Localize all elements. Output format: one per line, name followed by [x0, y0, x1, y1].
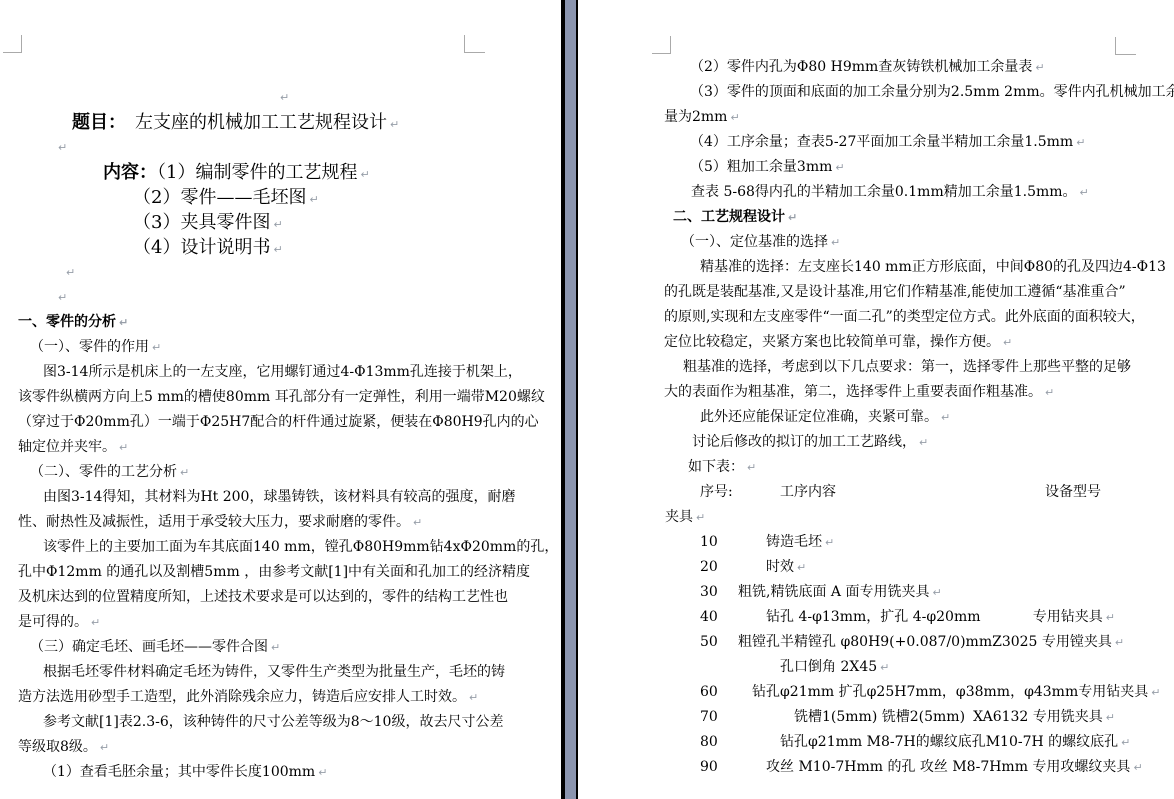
paragraph-mark-icon: ↵: [696, 511, 705, 524]
process-seq: 40: [700, 605, 738, 630]
process-seq: 80: [700, 730, 738, 755]
line-text: （4）工序余量；查表5-27平面加工余量半精加工余量1.5mm: [690, 134, 1073, 150]
text-boundary-mark-top-right: [1115, 37, 1136, 55]
process-content: 铸造毛坯↵: [738, 530, 1115, 555]
process-equipment: XA6132 专用铣夹具↵: [973, 705, 1115, 730]
process-equipment: 专用钻夹具↵: [1078, 680, 1160, 705]
paragraph-mark-icon: ↵: [880, 661, 889, 674]
process-content: 工序内容: [738, 480, 1045, 505]
text-line[interactable]: （5）粗加工余量3mm↵: [664, 155, 1115, 180]
paragraph-mark-icon: ↵: [1003, 336, 1012, 349]
paragraph-mark-icon: ↵: [1133, 761, 1142, 774]
process-table-row[interactable]: 10 铸造毛坯↵: [700, 530, 1115, 555]
line-text: 性、耐热性及减振性，适用于承受较大压力，要求耐磨的零件。: [18, 514, 410, 530]
line-text: 一、零件的分析: [18, 314, 116, 330]
line-text: （穿过于Φ20mm孔）一端于Φ25H7配合的杆件通过旋紧，便装在Φ80H9孔内的…: [18, 414, 539, 430]
paragraph-mark-icon: ↵: [1045, 386, 1054, 399]
text-line[interactable]: （1）查看毛胚余量；其中零件长度100mm↵: [18, 760, 465, 785]
paragraph-mark-icon: ↵: [152, 341, 161, 354]
line-text: 的原则,实现和左支座零件“一面二孔”的类型定位方式。此外底面的面积较大，: [664, 309, 1145, 325]
process-seq: 90: [700, 755, 738, 780]
line-text: （三）确定毛坯、画毛坯——零件合图: [30, 639, 268, 655]
line-text: 孔中Φ12mm 的通孔以及割槽5mm ，由参考文献[1]中有关面和孔加工的经济精…: [18, 564, 530, 580]
line-text: 该零件上的主要加工面为车其底面140 mm，镗孔Φ80H9mm钻4xΦ20mm的…: [43, 539, 558, 555]
process-table-row[interactable]: 30粗铣,精铣底面 A 面专用铣夹具↵: [700, 580, 1115, 605]
paragraph-mark-icon: ↵: [309, 193, 318, 206]
line-text: 轴定位并夹牢。: [18, 439, 116, 455]
text-line[interactable]: （一）、零件的作用↵: [18, 335, 465, 360]
text-line[interactable]: 精基准的选择：左支座长140 mm正方形底面，中间Φ80的孔及四边4-Φ13: [664, 255, 1115, 280]
text-line[interactable]: 的孔既是装配基准,又是设计基准,用它们作精基准,能使加工遵循“基准重合”: [664, 280, 1115, 305]
text-line[interactable]: （3）零件的顶面和底面的加工余量分别为2.5mm 2mm。零件内孔机械加工余: [664, 80, 1115, 105]
text-line[interactable]: 大的表面作为粗基准，第二，选择零件上重要表面作粗基准。↵: [664, 380, 1115, 405]
text-line[interactable]: （一）、定位基准的选择↵: [664, 230, 1115, 255]
process-seq: 20: [700, 555, 738, 580]
line-text: 左支座的机械加工工艺规程设计: [117, 112, 387, 133]
process-table-row[interactable]: 60 钻孔φ21mm 扩孔φ25H7mm，φ38mm，φ43mm专用钻夹具↵: [700, 680, 1115, 705]
line-text: 造方法选用砂型手工造型，此外消除残余应力，铸造后应安排人工时效。: [18, 689, 466, 705]
line-text: 精基准的选择：左支座长140 mm正方形底面，中间Φ80的孔及四边4-Φ13: [700, 259, 1166, 275]
process-content: 粗镗孔半精镗孔 φ80H9(+0.087/0)mm: [738, 630, 992, 655]
text-line[interactable]: 轴定位并夹牢。↵: [18, 435, 465, 460]
paragraph-mark-icon: ↵: [825, 536, 834, 549]
line-text: 的孔既是装配基准,又是设计基准,用它们作精基准,能使加工遵循“基准重合”: [664, 284, 1126, 300]
text-boundary-mark-top-left: [3, 35, 22, 53]
paragraph-mark-icon: ↵: [919, 436, 928, 449]
page-right-text: （2）零件内孔为Φ80 H9mm查灰铸铁机械加工余量表↵（3）零件的顶面和底面的…: [664, 55, 1115, 780]
text-line[interactable]: 造方法选用砂型手工造型，此外消除残余应力，铸造后应安排人工时效。↵: [18, 685, 465, 710]
text-line[interactable]: 是可得的。↵: [18, 610, 465, 635]
text-line[interactable]: 由图3-14得知，其材料为Ht 200，球墨铸铁，该材料具有较高的强度，耐磨: [18, 485, 465, 510]
line-text: （2）零件——毛坯图: [133, 187, 306, 208]
page-left-text: ↵题目： 左支座的机械加工工艺规程设计↵↵内容：（1）编制零件的工艺规程↵（2）…: [18, 85, 465, 785]
process-seq: 70: [700, 705, 738, 730]
process-content: 攻丝 M10-7Hmm 的孔 攻丝 M8-7Hmm 专用攻螺纹夹具↵: [738, 755, 1143, 780]
empty-paragraph[interactable]: ↵: [18, 135, 465, 160]
text-boundary-mark-top-right: [464, 35, 485, 53]
line-text: （一）、定位基准的选择: [681, 234, 828, 250]
line-text: （4）设计说明书: [133, 237, 270, 258]
line-text: （1）编制零件的工艺规程: [157, 162, 357, 183]
paragraph-mark-icon: ↵: [1106, 711, 1115, 724]
paragraph-mark-icon: ↵: [119, 316, 128, 329]
process-content: 钻孔φ21mm M8-7H的螺纹底孔: [738, 730, 986, 755]
process-content: 钻孔φ21mm 扩孔φ25H7mm，φ38mm，φ43mm: [738, 680, 1078, 705]
text-line[interactable]: 性、耐热性及减振性，适用于承受较大压力，要求耐磨的零件。↵: [18, 510, 465, 535]
process-seq: 10: [700, 530, 738, 555]
paragraph-mark-icon: ↵: [831, 236, 840, 249]
text-line[interactable]: （4）设计说明书↵: [18, 235, 465, 260]
empty-paragraph[interactable]: ↵: [18, 260, 465, 285]
text-line[interactable]: （二）、零件的工艺分析↵: [18, 460, 465, 485]
bold-label: 题目：: [72, 112, 117, 133]
paragraph-mark-icon: ↵: [280, 91, 289, 104]
line-text: 量为2mm: [664, 109, 727, 125]
paragraph-mark-icon: ↵: [788, 211, 797, 224]
process-equipment: 设备型号: [1045, 480, 1115, 505]
process-table-row[interactable]: 80 钻孔φ21mm M8-7H的螺纹底孔M10-7H 的螺纹底孔↵: [700, 730, 1115, 755]
line-text: 该零件纵横两方向上5 mm的槽使80mm 耳孔部分有一定弹性，利用一端带M20螺…: [18, 389, 545, 405]
empty-paragraph[interactable]: ↵: [18, 285, 465, 310]
text-line[interactable]: 孔中Φ12mm 的通孔以及割槽5mm ，由参考文献[1]中有关面和孔加工的经济精…: [18, 560, 465, 585]
paragraph-mark-icon: ↵: [390, 118, 399, 131]
paragraph-mark-icon: ↵: [91, 616, 100, 629]
paragraph-mark-icon: ↵: [360, 168, 369, 181]
text-line[interactable]: 定位比较稳定，夹紧方案也比较简单可靠，操作方便。↵: [664, 330, 1115, 355]
line-text: （2）零件内孔为Φ80 H9mm查灰铸铁机械加工余量表: [690, 59, 1032, 75]
text-line[interactable]: 图3-14所示是机床上的一左支座，它用螺钉通过4-Φ13mm孔连接于机架上，: [18, 360, 465, 385]
paragraph-mark-icon: ↵: [1080, 186, 1089, 199]
paragraph-mark-icon: ↵: [100, 741, 109, 754]
process-table-row[interactable]: 70 铣槽1(5mm) 铣槽2(5mm)XA6132 专用铣夹具↵: [700, 705, 1115, 730]
paragraph-mark-icon: ↵: [1076, 136, 1085, 149]
text-line[interactable]: 该零件纵横两方向上5 mm的槽使80mm 耳孔部分有一定弹性，利用一端带M20螺…: [18, 385, 465, 410]
paragraph-mark-icon: ↵: [835, 161, 844, 174]
paragraph-mark-icon: ↵: [932, 586, 941, 599]
line-text: 大的表面作为粗基准，第二，选择零件上重要表面作粗基准。: [664, 384, 1042, 400]
document-page-right[interactable]: （2）零件内孔为Φ80 H9mm查灰铸铁机械加工余量表↵（3）零件的顶面和底面的…: [578, 0, 1174, 799]
line-text: 如下表：: [688, 459, 744, 475]
document-page-left[interactable]: ↵题目： 左支座的机械加工工艺规程设计↵↵内容：（1）编制零件的工艺规程↵（2）…: [0, 0, 561, 799]
paragraph-mark-icon: ↵: [58, 141, 67, 154]
line-text: （3）零件的顶面和底面的加工余量分别为2.5mm 2mm。零件内孔机械加工余: [690, 84, 1174, 100]
line-text: （一）、零件的作用: [30, 339, 149, 355]
process-seq: 60: [700, 680, 738, 705]
text-line[interactable]: 此外还应能保证定位准确，夹紧可靠。↵: [664, 405, 1115, 430]
line-text: （5）粗加工余量3mm: [690, 159, 832, 175]
process-seq: 50: [700, 630, 738, 655]
line-text: （3）夹具零件图: [133, 212, 270, 233]
text-line[interactable]: 夹具↵: [664, 505, 1115, 530]
text-line[interactable]: 题目： 左支座的机械加工工艺规程设计↵: [18, 110, 465, 135]
line-text: 是可得的。: [18, 614, 88, 630]
process-content: 粗铣,精铣底面 A 面专用铣夹具↵: [738, 580, 1115, 605]
process-table-header[interactable]: 序号: 工序内容设备型号: [700, 480, 1115, 505]
text-line[interactable]: （4）工序余量；查表5-27平面加工余量半精加工余量1.5mm↵: [664, 130, 1115, 155]
paragraph-mark-icon: ↵: [58, 291, 67, 304]
line-text: （1）查看毛胚余量；其中零件长度100mm: [43, 764, 315, 780]
text-line[interactable]: 讨论后修改的拟订的加工工艺路线，↵: [664, 430, 1115, 455]
process-equipment: M10-7H 的螺纹底孔↵: [986, 730, 1131, 755]
text-line[interactable]: 粗基准的选择，考虑到以下几点要求：第一，选择零件上那些平整的足够: [664, 355, 1115, 380]
line-text: 夹具: [665, 509, 693, 525]
text-line[interactable]: 的原则,实现和左支座零件“一面二孔”的类型定位方式。此外底面的面积较大，: [664, 305, 1115, 330]
process-content: 钻孔 4-φ13mm，扩孔 4-φ20mm: [738, 605, 1033, 630]
process-seq: 序号:: [700, 480, 738, 505]
line-text: 图3-14所示是机床上的一左支座，它用螺钉通过4-Φ13mm孔连接于机架上，: [43, 364, 522, 380]
text-line[interactable]: 等级取8级。↵: [18, 735, 465, 760]
text-line[interactable]: 内容：（1）编制零件的工艺规程↵: [18, 160, 465, 185]
paragraph-mark-icon: ↵: [66, 266, 75, 279]
line-text: 粗基准的选择，考虑到以下几点要求：第一，选择零件上那些平整的足够: [683, 359, 1131, 375]
bold-label: 内容：: [103, 162, 157, 183]
paragraph-mark-icon: ↵: [180, 466, 189, 479]
line-text: 查表 5-68得内孔的半精加工余量0.1mm精加工余量1.5mm。: [691, 184, 1077, 200]
process-equipment: Z3025 专用镗夹具↵: [992, 630, 1124, 655]
text-line[interactable]: （穿过于Φ20mm孔）一端于Φ25H7配合的杆件通过旋紧，便装在Φ80H9孔内的…: [18, 410, 465, 435]
paragraph-mark-icon: ↵: [730, 111, 739, 124]
line-text: 此外还应能保证定位准确，夹紧可靠。: [700, 409, 938, 425]
process-table-row[interactable]: 20 时效↵: [700, 555, 1115, 580]
paragraph-mark-icon: ↵: [273, 243, 282, 256]
text-line[interactable]: 查表 5-68得内孔的半精加工余量0.1mm精加工余量1.5mm。↵: [664, 180, 1115, 205]
process-table-row[interactable]: 孔口倒角 2X45↵: [700, 655, 1115, 680]
text-line[interactable]: 根据毛坯零件材料确定毛坯为铸件，又零件生产类型为批量生产，毛坯的铸: [18, 660, 465, 685]
line-text: 等级取8级。: [18, 739, 97, 755]
paragraph-mark-icon: ↵: [941, 411, 950, 424]
text-line[interactable]: 参考文献[1]表2.3-6，该种铸件的尺寸公差等级为8～10级，故去尺寸公差: [18, 710, 465, 735]
line-text: 讨论后修改的拟订的加工工艺路线，: [692, 434, 916, 450]
paragraph-mark-icon: ↵: [271, 641, 280, 654]
paragraph-mark-icon: ↵: [469, 691, 478, 704]
process-table-row[interactable]: 90 攻丝 M10-7Hmm 的孔 攻丝 M8-7Hmm 专用攻螺纹夹具↵: [700, 755, 1115, 780]
paragraph-mark-icon: ↵: [273, 218, 282, 231]
text-line[interactable]: （3）夹具零件图↵: [18, 210, 465, 235]
line-text: 参考文献[1]表2.3-6，该种铸件的尺寸公差等级为8～10级，故去尺寸公差: [43, 714, 503, 730]
process-equipment: 专用钻夹具↵: [1033, 605, 1115, 630]
process-table-row[interactable]: 50粗镗孔半精镗孔 φ80H9(+0.087/0)mmZ3025 专用镗夹具↵: [700, 630, 1115, 655]
paragraph-mark-icon: ↵: [1035, 61, 1044, 74]
paragraph-mark-icon: ↵: [318, 766, 327, 779]
process-seq: [700, 655, 738, 680]
paragraph-mark-icon: ↵: [119, 441, 128, 454]
process-seq: 30: [700, 580, 738, 605]
text-line[interactable]: 及机床达到的位置精度所知，上述技术要求是可以达到的，零件的结构工艺性也: [18, 585, 465, 610]
text-line[interactable]: 该零件上的主要加工面为车其底面140 mm，镗孔Φ80H9mm钻4xΦ20mm的…: [18, 535, 465, 560]
page-gap-divider: [561, 0, 578, 799]
text-line[interactable]: 二、工艺规程设计↵: [664, 205, 1115, 230]
paragraph-mark-icon: ↵: [1106, 611, 1115, 624]
line-text: 根据毛坯零件材料确定毛坯为铸件，又零件生产类型为批量生产，毛坯的铸: [43, 664, 505, 680]
text-line[interactable]: 一、零件的分析↵: [18, 310, 465, 335]
line-text: （二）、零件的工艺分析: [30, 464, 177, 480]
text-line[interactable]: （2）零件——毛坯图↵: [18, 185, 465, 210]
process-table-row[interactable]: 40 钻孔 4-φ13mm，扩孔 4-φ20mm专用钻夹具↵: [700, 605, 1115, 630]
text-boundary-mark-top-left: [652, 36, 671, 54]
line-text: 定位比较稳定，夹紧方案也比较简单可靠，操作方便。: [664, 334, 1000, 350]
process-content: 孔口倒角 2X45↵: [738, 655, 1115, 680]
text-line[interactable]: 如下表：↵: [664, 455, 1115, 480]
paragraph-mark-icon: ↵: [1151, 686, 1160, 699]
paragraph-mark-icon: ↵: [413, 516, 422, 529]
text-line[interactable]: 量为2mm↵: [664, 105, 1115, 130]
process-content: 时效↵: [738, 555, 1115, 580]
process-content: 铣槽1(5mm) 铣槽2(5mm): [738, 705, 973, 730]
empty-paragraph[interactable]: ↵: [18, 85, 465, 110]
text-line[interactable]: （三）确定毛坯、画毛坯——零件合图↵: [18, 635, 465, 660]
paragraph-mark-icon: ↵: [1121, 736, 1130, 749]
paragraph-mark-icon: ↵: [797, 561, 806, 574]
line-text: 由图3-14得知，其材料为Ht 200，球墨铸铁，该材料具有较高的强度，耐磨: [43, 489, 515, 505]
paragraph-mark-icon: ↵: [747, 461, 756, 474]
line-text: 二、工艺规程设计: [673, 209, 785, 225]
line-text: 及机床达到的位置精度所知，上述技术要求是可以达到的，零件的结构工艺性也: [18, 589, 508, 605]
text-line[interactable]: （2）零件内孔为Φ80 H9mm查灰铸铁机械加工余量表↵: [664, 55, 1115, 80]
paragraph-mark-icon: ↵: [1115, 636, 1124, 649]
